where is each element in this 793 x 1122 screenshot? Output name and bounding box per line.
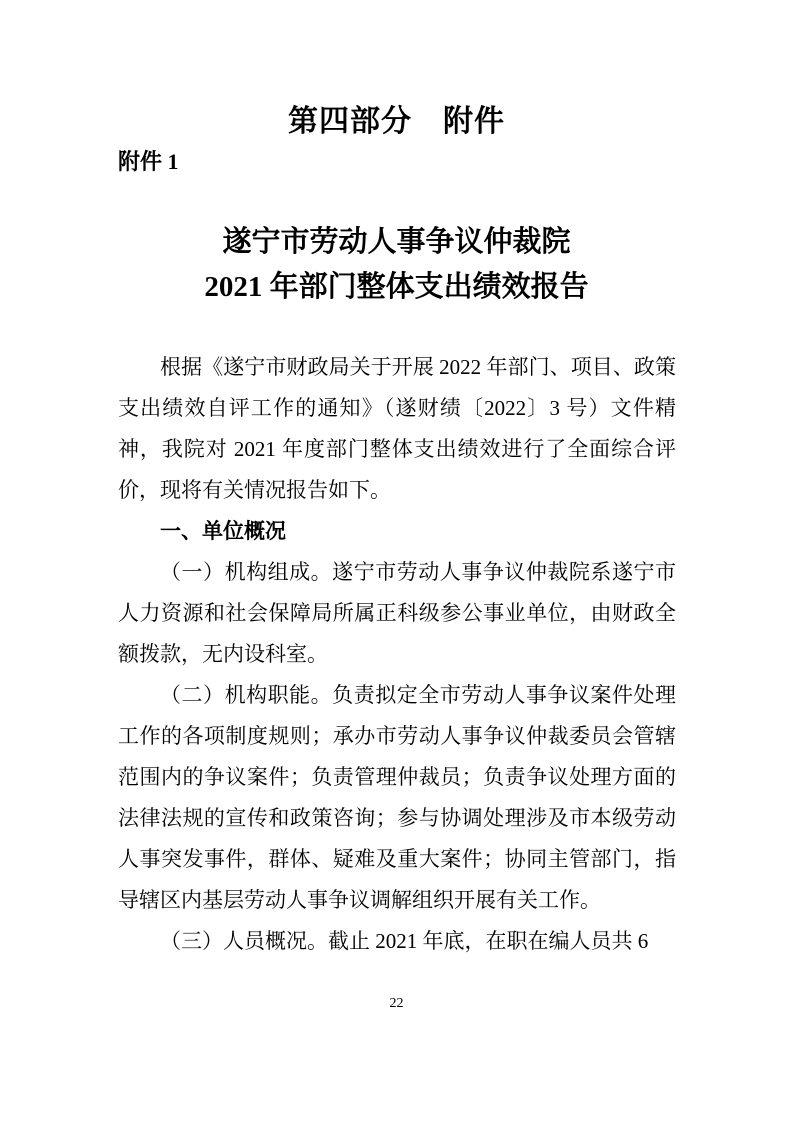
report-title-line1: 遂宁市劳动人事争议仲裁院 (222, 226, 570, 258)
document-page: 第四部分 附件 附件 1 遂宁市劳动人事争议仲裁院 2021 年部门整体支出绩效… (0, 0, 793, 1122)
paragraph-personnel-overview: （三）人员概况。截止 2021 年底，在职在编人员共 6 (118, 921, 676, 962)
report-title-line2: 2021 年部门整体支出绩效报告 (204, 271, 588, 303)
report-title: 遂宁市劳动人事争议仲裁院 2021 年部门整体支出绩效报告 (0, 220, 793, 310)
document-body: 根据《遂宁市财政局关于开展 2022 年部门、项目、政策支出绩效自评工作的通知》… (118, 347, 676, 962)
paragraph-org-composition: （一）机构组成。遂宁市劳动人事争议仲裁院系遂宁市人力资源和社会保障局所属正科级参… (118, 552, 676, 675)
paragraph-org-functions: （二）机构职能。负责拟定全市劳动人事争议案件处理工作的各项制度规则；承办市劳动人… (118, 675, 676, 921)
intro-paragraph: 根据《遂宁市财政局关于开展 2022 年部门、项目、政策支出绩效自评工作的通知》… (118, 347, 676, 511)
attachment-label: 附件 1 (118, 145, 179, 176)
section-title: 第四部分 附件 (0, 96, 793, 140)
section-heading-unit-overview: 一、单位概况 (118, 511, 676, 552)
page-number: 22 (0, 996, 793, 1012)
